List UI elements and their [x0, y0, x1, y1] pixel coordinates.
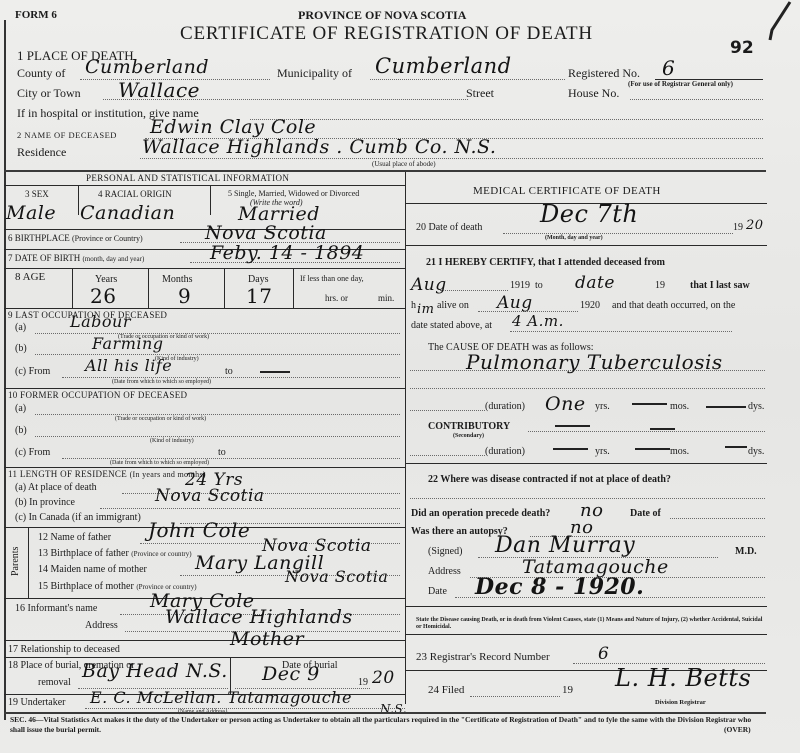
death-date-note: (Month, day and year): [545, 235, 603, 241]
last-occ-c-label: (c) From: [15, 366, 50, 377]
age-min-label: min.: [378, 293, 394, 303]
last-saw-label: that I last saw: [690, 280, 750, 291]
deceased-name-value: Edwin Clay Cole: [150, 116, 316, 138]
page-title: CERTIFICATE OF REGISTRATION OF DEATH: [180, 23, 593, 45]
duration-value: One: [545, 393, 586, 415]
duration-yrs-label: yrs.: [595, 401, 610, 412]
death-date-label: 20 Date of death: [416, 222, 482, 233]
death-certificate-page: FORM 6 PROVINCE OF NOVA SCOTIA CERTIFICA…: [0, 0, 800, 753]
former-occ-a-note: (Trade or occupation or kind of work): [115, 416, 206, 422]
alive-on-label: alive on: [437, 300, 469, 311]
burial-place-value: Bay Head N.S.: [82, 660, 228, 682]
md-label: M.D.: [735, 546, 757, 557]
former-occ-c-note: (Date from which to which so employed): [110, 460, 209, 466]
father-birthplace-note: (Province or country): [131, 550, 191, 558]
alive-year: 1920: [580, 300, 600, 311]
personal-section-title: PERSONAL AND STATISTICAL INFORMATION: [86, 173, 289, 183]
alive-on-value: Aug: [497, 293, 533, 313]
last-occ-b-label: (b): [15, 343, 27, 354]
autopsy-label: Was there an autopsy?: [411, 526, 508, 537]
registered-no-value: 6: [662, 56, 675, 80]
form-number: FORM 6: [15, 9, 57, 21]
contrib-yrs-label: yrs.: [595, 446, 610, 457]
operation-date-label: Date of: [630, 508, 661, 519]
relationship-label: 17 Relationship to deceased: [8, 644, 120, 655]
certified-date-label: Date: [428, 586, 447, 597]
sex-label: 3 SEX: [25, 189, 49, 199]
sex-value: Male: [6, 202, 56, 224]
death-year-value: 20: [746, 218, 764, 233]
last-occ-a-label: (a): [15, 322, 26, 333]
age-days-value: 17: [246, 284, 272, 308]
birthplace-value: Nova Scotia: [205, 222, 327, 244]
to-year-prefix: 19: [655, 280, 665, 291]
signed-label: (Signed): [428, 546, 462, 557]
res-place-label: (a) At place of death: [15, 482, 97, 493]
age-label: 8 AGE: [15, 271, 45, 283]
undertaker-value: E. C. McLellan. Tatamagouche: [90, 688, 352, 707]
former-occ-b-label: (b): [15, 425, 27, 436]
attended-to-value: date: [575, 273, 615, 293]
physician-address-label: Address: [428, 566, 461, 577]
contributory-note: (Secondary): [453, 433, 484, 439]
burial-year-value: 20: [372, 668, 395, 688]
burial-date-value: Dec 9: [262, 663, 320, 685]
deceased-name-label: 2 NAME OF DECEASED: [17, 130, 117, 140]
province-heading: PROVINCE OF NOVA SCOTIA: [298, 8, 466, 23]
age-years-value: 26: [90, 284, 116, 308]
county-label: County of: [17, 66, 65, 81]
time-of-death-value: 4 A.m.: [512, 312, 564, 330]
occurred-label: and that death occurred, on the: [612, 300, 735, 311]
age-months-value: 9: [178, 284, 191, 308]
medical-section-title: MEDICAL CERTIFICATE OF DEATH: [473, 185, 661, 197]
parents-group-label: Parents: [10, 547, 21, 576]
street-label: Street: [466, 86, 494, 101]
house-no-label: House No.: [568, 86, 619, 101]
death-date-value: Dec 7th: [540, 200, 638, 228]
certify-text: 21 I HEREBY CERTIFY, that I attended dec…: [426, 257, 665, 268]
municipality-label: Municipality of: [277, 66, 352, 81]
him-value: im: [417, 302, 435, 317]
informant-name-label: 16 Informant's name: [15, 603, 97, 614]
contrib-dys-label: dys.: [748, 446, 764, 457]
mother-birthplace-value: Nova Scotia: [285, 567, 388, 586]
informant-address-value: Wallace Highlands: [165, 606, 353, 628]
death-year-prefix: 19: [733, 222, 743, 233]
him-prefix: h: [411, 300, 416, 311]
attended-from-year: 1919: [510, 280, 530, 291]
registered-no-note: (For use of Registrar General only): [628, 80, 733, 88]
operation-label: Did an operation precede death?: [411, 508, 550, 519]
left-border: [4, 20, 6, 720]
birthplace-label: 6 BIRTHPLACE: [8, 233, 70, 243]
contrib-duration-label: (duration): [485, 446, 525, 457]
municipality-value: Cumberland: [375, 54, 512, 78]
marital-label: 5 Single, Married, Widowed or Divorced: [228, 189, 359, 198]
certified-date-value: Dec 8 - 1920.: [475, 574, 644, 600]
last-occ-c-value: All his life: [85, 356, 172, 375]
record-number-value: 6: [598, 644, 609, 664]
residence-value: Wallace Highlands . Cumb Co. N.S.: [142, 136, 496, 158]
stated-above-label: date stated above, at: [411, 320, 492, 331]
racial-origin-label: 4 RACIAL ORIGIN: [98, 189, 172, 199]
mother-birthplace-label: 15 Birthplace of mother: [38, 581, 134, 592]
former-occ-c-label: (c) From: [15, 447, 50, 458]
last-occ-c-note: (Date from which to which so employed): [112, 379, 211, 385]
duration-label: (duration): [485, 401, 525, 412]
father-name-value: John Cole: [148, 518, 250, 542]
last-occ-b-value: Farming: [92, 334, 164, 353]
record-number-label: 23 Registrar's Record Number: [416, 651, 550, 663]
father-birthplace-label: 13 Birthplace of father: [38, 548, 129, 559]
res-province-value: Nova Scotia: [155, 486, 265, 506]
relationship-value: Mother: [230, 628, 304, 650]
attended-to-label: to: [535, 280, 543, 291]
informant-address-label: Address: [85, 620, 118, 631]
residence-length-label: 11 LENGTH OF RESIDENCE: [8, 469, 127, 479]
filed-label: 24 Filed: [428, 684, 464, 696]
registered-no-label: Registered No.: [568, 66, 640, 81]
checkmark-icon: [750, 0, 795, 45]
residence-note: (Usual place of abode): [372, 160, 436, 168]
racial-origin-value: Canadian: [80, 202, 175, 224]
age-hrs-label: hrs. or: [325, 293, 348, 303]
dob-label: 7 DATE OF BIRTH: [8, 253, 80, 263]
contrib-mos-label: mos.: [670, 446, 689, 457]
former-occ-b-note: (Kind of industry): [150, 438, 194, 444]
birthplace-note: (Province or Country): [72, 234, 143, 243]
dob-value: Feby. 14 - 1894: [210, 242, 364, 264]
duration-dys-label: dys.: [748, 401, 764, 412]
city-label: City or Town: [17, 86, 81, 101]
res-canada-label: (c) In Canada (if an immigrant): [15, 512, 141, 523]
filed-year-prefix: 19: [562, 684, 573, 696]
burial-removal-label: removal: [38, 677, 71, 688]
county-value: Cumberland: [85, 56, 209, 78]
registrar-signature: L. H. Betts: [615, 664, 751, 692]
disease-footnote: State the Disease causing Death, or in d…: [416, 617, 766, 631]
contributory-label: CONTRIBUTORY: [428, 421, 510, 432]
res-province-label: (b) In province: [15, 497, 75, 508]
duration-mos-label: mos.: [670, 401, 689, 412]
contracted-label: 22 Where was disease contracted if not a…: [428, 474, 671, 485]
age-less-label: If less than one day,: [300, 274, 364, 283]
attended-from-value: Aug: [411, 275, 447, 295]
last-occ-c-to: to: [225, 366, 233, 377]
mother-name-label: 14 Maiden name of mother: [38, 564, 147, 575]
former-occupation-label: 10 FORMER OCCUPATION OF DECEASED: [8, 390, 187, 400]
dob-note: (month, day and year): [82, 255, 144, 263]
footer-statute-text: SEC. 46—Vital Statistics Act makes it th…: [10, 715, 765, 735]
father-name-label: 12 Name of father: [38, 532, 111, 543]
former-occ-c-to: to: [218, 447, 226, 458]
over-label: (OVER): [724, 725, 751, 734]
burial-year-prefix: 19: [358, 677, 368, 688]
undertaker-label: 19 Undertaker: [8, 697, 65, 708]
residence-label: Residence: [17, 145, 66, 160]
signed-value: Dan Murray: [495, 533, 635, 558]
city-value: Wallace: [118, 78, 200, 102]
former-occ-a-label: (a): [15, 403, 26, 414]
last-occ-a-value: Labour: [70, 312, 131, 331]
division-registrar-label: Division Registrar: [655, 699, 706, 706]
